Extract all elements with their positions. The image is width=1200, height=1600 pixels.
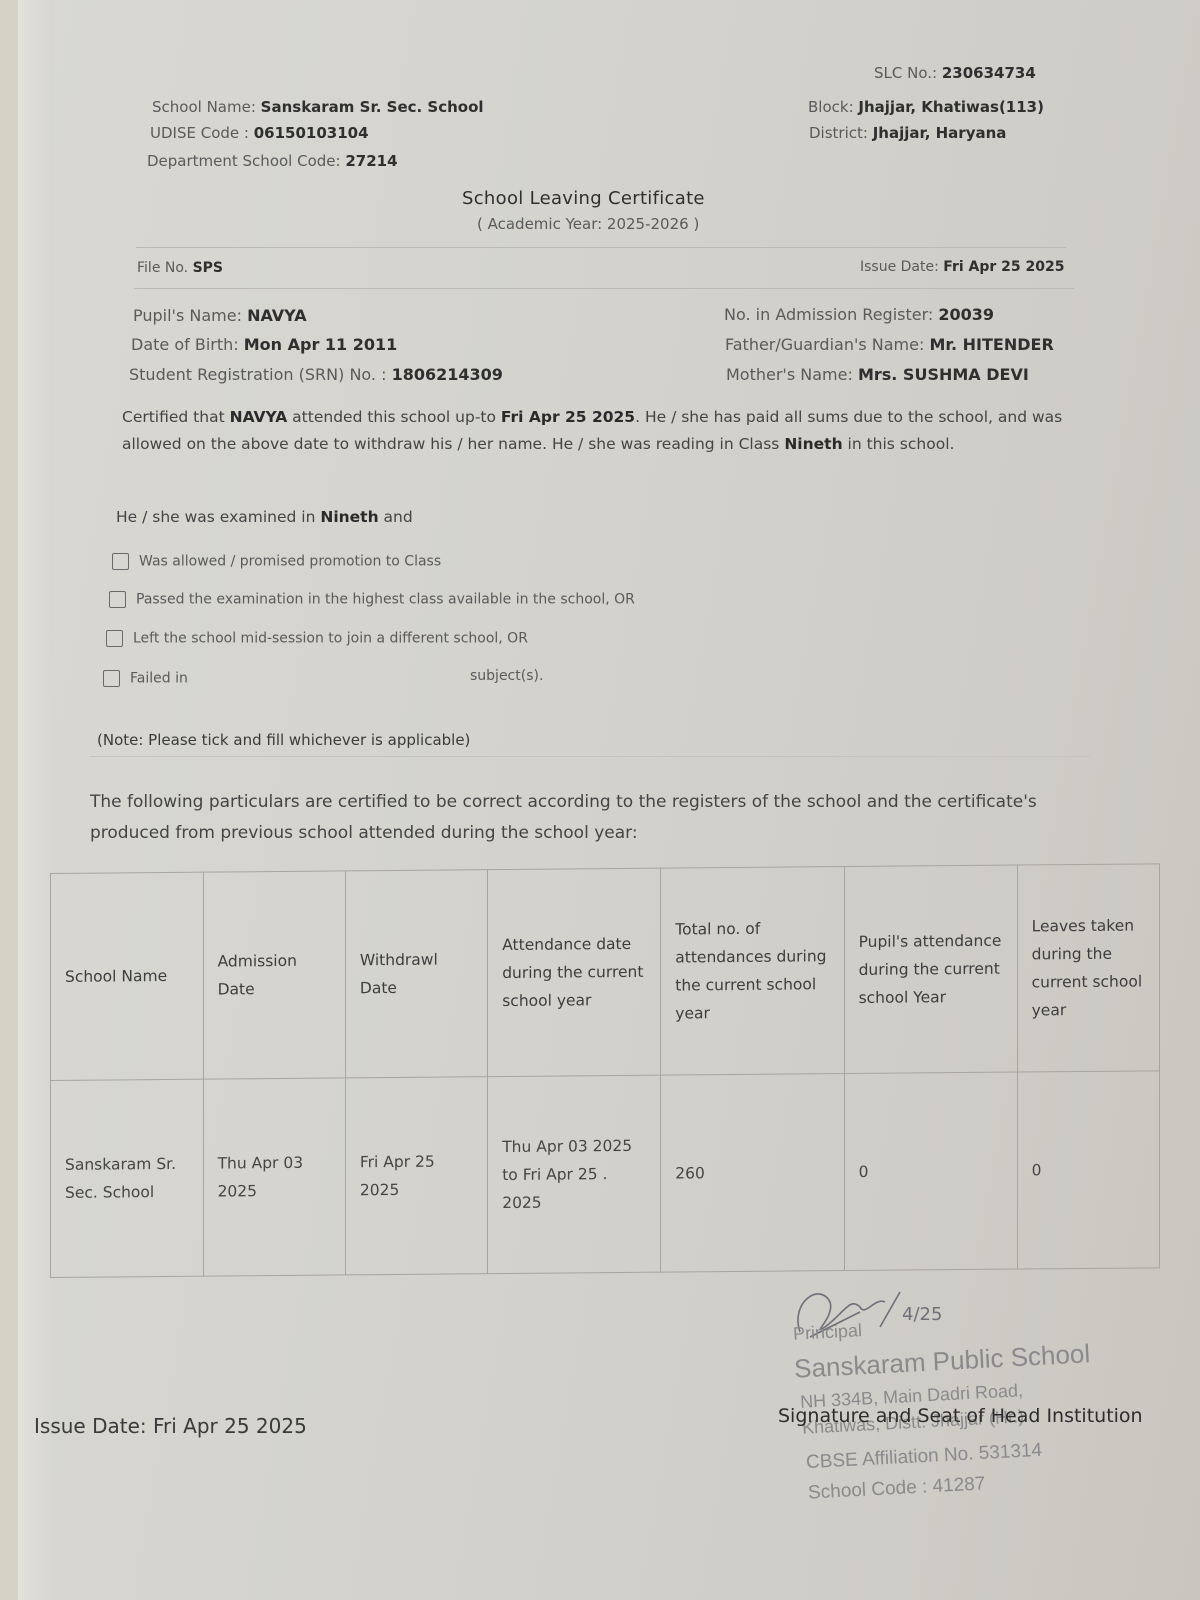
certification-paragraph: Certified that NAVYA attended this schoo…: [122, 404, 1082, 458]
block-label: Block:: [808, 98, 854, 116]
examined-line: He / she was examined in Nineth and: [116, 504, 413, 531]
date-of-birth: Date of Birth: Mon Apr 11 2011: [131, 335, 397, 354]
cell-admission-date: Thu Apr 03 2025: [203, 1078, 345, 1276]
srn-value: 1806214309: [392, 365, 503, 384]
slc-number: SLC No.: 230634734: [874, 64, 1036, 82]
block: Block: Jhajjar, Khatiwas(113): [808, 98, 1044, 116]
header-school-name: School Name: [51, 872, 204, 1080]
cell-pupil-attendance: 0: [844, 1072, 1017, 1271]
cell-school-name: Sanskaram Sr. Sec. School: [51, 1079, 204, 1277]
school-name-label: School Name:: [152, 98, 256, 116]
header-attendance-dates: Attendance date during the current schoo…: [488, 868, 661, 1077]
stamp-principal: Principal: [792, 1320, 862, 1345]
srn-number: Student Registration (SRN) No. : 1806214…: [129, 365, 503, 384]
cell-total-attendances: 260: [661, 1074, 844, 1273]
slc-value: 230634734: [942, 64, 1036, 82]
department-school-code: Department School Code: 27214: [147, 152, 398, 170]
divider: [90, 756, 1090, 757]
cell-withdrawl-date: Fri Apr 25 2025: [345, 1077, 487, 1275]
table-row: Sanskaram Sr. Sec. School Thu Apr 03 202…: [51, 1071, 1160, 1278]
option-left-mid-session[interactable]: Left the school mid-session to join a di…: [106, 630, 528, 647]
academic-year: ( Academic Year: 2025-2026 ): [477, 215, 699, 233]
option-passed-highest[interactable]: Passed the examination in the highest cl…: [109, 591, 635, 608]
cert-pupil-name: NAVYA: [230, 408, 288, 426]
issue-date-top: Issue Date: Fri Apr 25 2025: [860, 259, 1065, 275]
pupil-name: Pupil's Name: NAVYA: [133, 306, 307, 325]
issue-date-bottom: Issue Date: Fri Apr 25 2025: [34, 1414, 307, 1438]
pupil-name-label: Pupil's Name:: [133, 306, 242, 325]
signature-label: Signature and Seat of Head Institution: [778, 1405, 1143, 1427]
divider: [136, 247, 1066, 248]
particulars-intro: The following particulars are certified …: [90, 787, 1050, 849]
dept-code-label: Department School Code:: [147, 152, 341, 170]
pupil-name-value: NAVYA: [247, 306, 307, 325]
udise-code: UDISE Code : 06150103104: [150, 124, 369, 142]
udise-value: 06150103104: [254, 124, 369, 142]
district-label: District:: [809, 124, 868, 142]
table-header-row: School Name Admission Date Withdrawl Dat…: [51, 864, 1160, 1081]
mother-label: Mother's Name:: [726, 365, 853, 384]
option-failed[interactable]: Failed in: [103, 670, 188, 687]
cell-attendance-dates: Thu Apr 03 2025 to Fri Apr 25 . 2025: [488, 1075, 661, 1274]
mother-name: Mother's Name: Mrs. SUSHMA DEVI: [726, 365, 1029, 384]
option-label: Passed the examination in the highest cl…: [136, 592, 635, 608]
header-admission-date: Admission Date: [203, 871, 345, 1079]
school-name-value: Sanskaram Sr. Sec. School: [261, 98, 484, 116]
issue-label: Issue Date:: [860, 259, 939, 275]
dob-value: Mon Apr 11 2011: [244, 335, 398, 354]
checkbox[interactable]: [106, 630, 123, 647]
failed-subjects-suffix: subject(s).: [470, 668, 543, 684]
file-number: File No. SPS: [137, 260, 223, 276]
issue-value: Fri Apr 25 2025: [943, 259, 1064, 275]
certificate-title: School Leaving Certificate: [462, 188, 705, 209]
father-value: Mr. HITENDER: [929, 335, 1053, 354]
district: District: Jhajjar, Haryana: [809, 124, 1006, 142]
file-value: SPS: [193, 260, 223, 276]
examined-text: He / she was examined in: [116, 508, 320, 526]
dob-label: Date of Birth:: [131, 335, 239, 354]
father-name: Father/Guardian's Name: Mr. HITENDER: [725, 335, 1054, 354]
signature-date-text: 4/25: [902, 1304, 942, 1325]
checkbox[interactable]: [112, 553, 129, 570]
dept-code-value: 27214: [345, 152, 397, 170]
udise-label: UDISE Code :: [150, 124, 249, 142]
father-label: Father/Guardian's Name:: [725, 335, 924, 354]
examined-class: Nineth: [320, 508, 378, 526]
header-total-attendances: Total no. of attendances during the curr…: [661, 867, 844, 1076]
admission-register-number: No. in Admission Register: 20039: [724, 305, 994, 324]
cert-text: Certified that: [122, 408, 230, 426]
school-name: School Name: Sanskaram Sr. Sec. School: [152, 98, 484, 116]
header-withdrawl-date: Withdrawl Date: [345, 870, 487, 1078]
cert-class: Nineth: [784, 435, 842, 453]
mother-value: Mrs. SUSHMA DEVI: [858, 365, 1029, 384]
option-label: Was allowed / promised promotion to Clas…: [139, 554, 441, 570]
cert-date: Fri Apr 25 2025: [501, 408, 635, 426]
option-label: Failed in: [130, 671, 188, 687]
cell-leaves-taken: 0: [1017, 1071, 1159, 1269]
option-label: Left the school mid-session to join a di…: [133, 631, 528, 647]
divider: [134, 288, 1074, 289]
srn-label: Student Registration (SRN) No. :: [129, 365, 387, 384]
file-label: File No.: [137, 260, 188, 276]
cert-text: attended this school up-to: [287, 408, 501, 426]
checkbox[interactable]: [103, 670, 120, 687]
header-leaves-taken: Leaves taken during the current school y…: [1017, 864, 1159, 1072]
admission-no-value: 20039: [938, 305, 994, 324]
note: (Note: Please tick and fill whichever is…: [97, 731, 470, 749]
examined-text: and: [379, 508, 413, 526]
option-promotion[interactable]: Was allowed / promised promotion to Clas…: [112, 553, 441, 570]
particulars-table: School Name Admission Date Withdrawl Dat…: [50, 863, 1160, 1278]
checkbox[interactable]: [109, 591, 126, 608]
header-pupil-attendance: Pupil's attendance during the current sc…: [844, 865, 1017, 1074]
block-value: Jhajjar, Khatiwas(113): [858, 98, 1044, 116]
district-value: Jhajjar, Haryana: [873, 124, 1007, 142]
slc-label: SLC No.:: [874, 64, 937, 82]
admission-no-label: No. in Admission Register:: [724, 305, 933, 324]
cert-text: in this school.: [843, 435, 955, 453]
